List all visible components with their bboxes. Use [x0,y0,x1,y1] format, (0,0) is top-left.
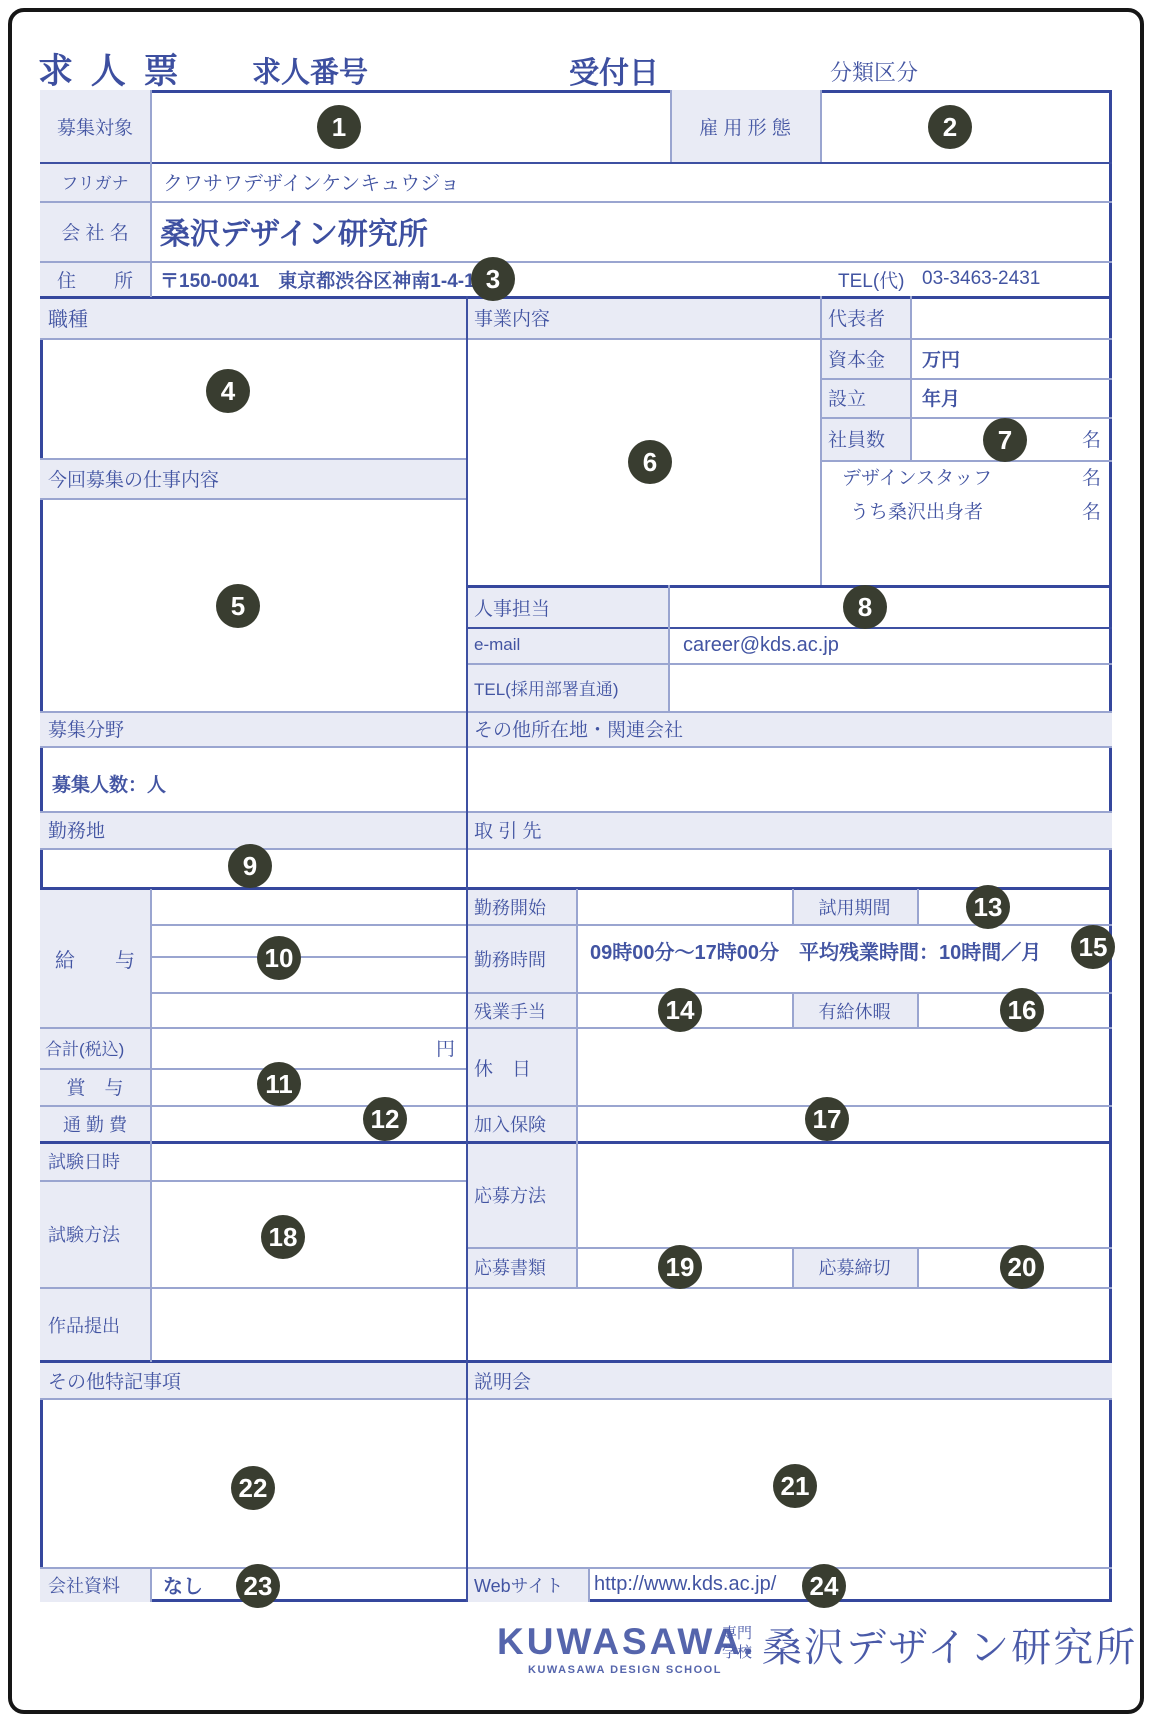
divider-h [40,498,466,500]
divider-v [820,90,822,162]
divider-v [576,889,578,1142]
divider-v [917,889,919,925]
divider-h [40,458,466,460]
divider-h [40,201,1112,203]
divider-v [792,889,794,925]
marker-13: 13 [966,885,1010,929]
marker-2: 2 [928,105,972,149]
marker-10: 10 [257,936,301,980]
divider-h [40,338,1112,340]
school-type-line2: 学校 [722,1641,752,1662]
divider-h [466,663,1112,665]
divider-h [40,1180,466,1182]
divider-h [40,1360,1112,1363]
reception-date-label: 受付日 [569,48,659,92]
marker-1: 1 [317,105,361,149]
marker-20: 20 [1000,1245,1044,1289]
company-tel-value: 03-3463-2431 [922,261,1040,297]
divider-h [466,627,1112,629]
field-label-email: e-mail [466,627,668,663]
divider-h [150,992,1112,994]
field-label-address: 住 所 [40,261,150,297]
company-tel-label: TEL(代) [838,261,905,297]
capital-unit: 万円 [922,338,960,378]
email-value[interactable]: career@kds.ac.jp [683,627,839,663]
field-label-work-start: 勤務開始 [466,889,576,925]
headcount-label: 募集人数：人 [52,770,166,797]
marker-7: 7 [983,418,1027,462]
divider-h [820,417,1112,419]
field-label-representative: 代表者 [820,297,910,338]
field-label-paid-leave: 有給休暇 [792,992,917,1029]
divider-h [820,460,1112,462]
divider-v [792,992,794,1029]
marker-8: 8 [843,585,887,629]
page-title: 求 人 票 [38,44,182,94]
kuwasawa-logo-subtext: KUWASAWA DESIGN SCHOOL [528,1664,722,1676]
field-label-work-hours: 勤務時間 [466,925,576,992]
divider-v [576,1142,578,1287]
classification-label: 分類区分 [830,56,918,87]
field-label-work-submission: 作品提出 [40,1287,150,1362]
field-label-work-location: 勤務地 [40,811,466,848]
marker-22: 22 [231,1466,275,1510]
divider-v [150,889,152,1142]
field-label-furigana: フリガナ [40,162,150,201]
divider-v [917,992,919,1029]
field-label-info-session: 説明会 [466,1362,1112,1398]
field-label-company-materials: 会社資料 [40,1567,150,1602]
divider-v [150,90,152,297]
divider-v [917,1247,919,1287]
divider-h [40,848,1112,850]
divider-h [466,585,1112,588]
marker-6: 6 [628,440,672,484]
divider-v [668,585,670,711]
divider-h [40,261,1112,263]
divider-v [588,1567,590,1602]
field-label-recruit-target: 募集対象 [40,90,150,162]
employees-unit: 名 [1082,417,1101,460]
divider-h [150,956,466,958]
field-label-exam-date: 試験日時 [40,1142,150,1180]
field-label-apply-method: 応募方法 [466,1142,576,1247]
field-label-apply-deadline: 応募締切 [792,1247,917,1287]
company-materials-value: なし [163,1567,203,1602]
marker-3: 3 [471,257,515,301]
marker-5: 5 [216,584,260,628]
field-label-commute: 通 勤 費 [40,1105,150,1142]
divider-v [820,296,822,585]
field-label-trial-period: 試用期間 [792,889,917,925]
divider-v [910,296,912,460]
field-label-hr-contact: 人事担当 [466,588,668,627]
field-label-overtime-pay: 残業手当 [466,992,576,1029]
company-name-value: 桑沢デザイン研究所 [160,201,428,261]
divider-h [40,1398,1112,1400]
divider-h [150,924,1112,926]
field-label-website: Webサイト [466,1567,588,1602]
marker-18: 18 [261,1215,305,1259]
field-label-other-notes: その他特記事項 [40,1362,466,1398]
field-label-company-name: 会 社 名 [40,201,150,261]
company-address-value: 〒150-0041 東京都渋谷区神南1-4-17 [160,261,485,297]
divider-v [150,1142,152,1362]
established-unit: 年月 [922,378,960,417]
divider-h [40,1287,1112,1289]
job-posting-form: 求 人 票 求人番号 受付日 分類区分 募集対象 雇 用 形 態 フリガナ クワ… [0,0,1152,1722]
website-url[interactable]: http://www.kds.ac.jp/ [594,1567,776,1602]
field-label-total: 合計(税込) [40,1027,150,1068]
field-label-apply-docs: 応募書類 [466,1247,576,1287]
divider-h [40,1567,1112,1569]
field-label-employment-type: 雇 用 形 態 [670,90,820,162]
field-label-job-type: 職種 [40,297,466,338]
design-staff-label: デザインスタッフ [842,460,992,493]
divider-h [40,296,1112,299]
marker-21: 21 [773,1464,817,1508]
divider-h [820,378,1112,380]
alumni-label: うち桑沢出身者 [850,493,983,527]
divider-v [792,1247,794,1287]
field-label-holidays: 休 日 [466,1029,576,1105]
divider-v [466,296,468,1602]
school-name-logo: 桑沢デザイン研究所 [762,1616,1137,1673]
field-label-salary: 給 与 [40,889,150,1027]
field-label-business: 事業内容 [466,297,820,338]
field-label-exam-method: 試験方法 [40,1180,150,1287]
field-label-established: 設立 [820,378,910,417]
marker-16: 16 [1000,988,1044,1032]
total-unit: 円 [380,1027,455,1068]
field-label-insurance: 加入保険 [466,1105,576,1142]
field-label-employees: 社員数 [820,417,910,460]
field-label-capital: 資本金 [820,338,910,378]
job-number-label: 求人番号 [252,50,368,91]
marker-11: 11 [257,1062,301,1106]
field-label-recruit-field: 募集分野 [40,711,466,746]
marker-4: 4 [206,369,250,413]
design-staff-unit: 名 [1082,460,1101,493]
marker-9: 9 [228,844,272,888]
marker-12: 12 [363,1097,407,1141]
divider-h [40,811,1112,813]
kuwasawa-logo: KUWASAWA. [497,1621,756,1663]
marker-17: 17 [805,1097,849,1141]
field-label-bonus: 賞 与 [40,1068,150,1105]
divider-h [40,162,1112,164]
field-label-current-job: 今回募集の仕事内容 [40,458,466,498]
company-furigana-value: クワサワデザインケンキュウジョ [163,162,460,201]
field-label-other-offices: その他所在地・関連会社 [466,711,1112,746]
divider-h [40,1068,466,1070]
school-type-line1: 専門 [722,1622,752,1643]
work-hours-value: 09時00分〜17時00分 平均残業時間：10時間／月 [590,936,1041,965]
field-label-tel-direct: TEL(採用部署直通) [466,663,668,711]
divider-v [670,90,672,162]
marker-19: 19 [658,1245,702,1289]
marker-15: 15 [1071,925,1115,969]
alumni-unit: 名 [1082,493,1101,527]
marker-14: 14 [658,988,702,1032]
marker-24: 24 [802,1564,846,1608]
field-label-clients: 取 引 先 [466,811,1112,848]
divider-h [40,711,1112,713]
divider-v [150,1567,152,1602]
divider-h [40,746,1112,748]
marker-23: 23 [236,1564,280,1608]
